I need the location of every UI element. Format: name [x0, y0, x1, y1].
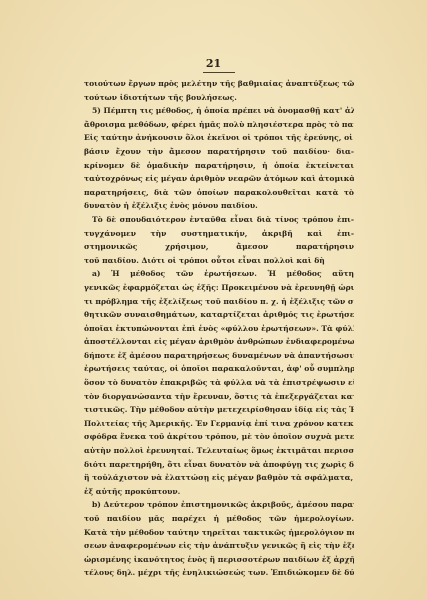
text-line: ἐξ αὐτῆς προκύπτουν.	[84, 485, 354, 499]
page-number-rule	[203, 72, 235, 73]
text-line: ταὐτοχρόνως εἰς μέγαν ἀριθμὸν νεαρῶν ἀτό…	[84, 172, 354, 186]
text-line: a) Ἡ μέθοδος τῶν ἐρωτήσεων. Ἡ μέθοδος αὕ…	[84, 267, 354, 281]
text-line: δήποτε ἐξ ἀμέσου παρατηρήσεως δυναμένων …	[84, 349, 354, 363]
text-line: δυνατὸν ἡ ἐξέλιξις ἑνὸς μόνου παιδίου.	[84, 199, 354, 213]
text-line: γενικῶς ἐφαρμόζεται ὡς ἑξῆς: Προκειμένου…	[84, 281, 354, 295]
text-line: ὡρισμένης ἱκανότητος ἑνὸς ἢ περισσοτέρων…	[84, 553, 354, 567]
text-line: Κατὰ τὴν μέθοδον ταύτην τηρεῖται τακτικῶ…	[84, 526, 354, 540]
text-line: τυγχάνομεν τὴν συστηματικήν, ἀκριβῆ καὶ …	[84, 227, 354, 241]
text-line: κρίνομεν δὲ ὁμαδικὴν παρατήρησιν, ἡ ὁποί…	[84, 159, 354, 173]
text-line: τέλους δηλ. μέχρι τῆς ἐνηλικιώσεώς των. …	[84, 566, 354, 580]
body-text: τοιούτων ἔργων πρὸς μελέτην τῆς βαθμιαία…	[84, 77, 354, 580]
text-line: τούτων ἰδιοτήτων τῆς βουλήσεως.	[84, 91, 354, 105]
text-line: Εἰς ταύτην ἀνήκουσιν ὅλοι ἐκεῖνοι οἱ τρό…	[84, 131, 354, 145]
text-line: ἄθροισμα μεθόδων, φέρει ἡμᾶς πολὺ πλησιέ…	[84, 118, 354, 132]
text-line: τοῦ παιδίου μᾶς παρέχει ἡ μέθοδος τῶν ἡμ…	[84, 512, 354, 526]
text-line: ὁποῖαι ἐκτυπώνονται ἐπὶ ἑνὸς «φύλλου ἐρω…	[84, 322, 354, 336]
text-line: ἢ τοὐλάχιστον νὰ ἐλαττώσῃ εἰς μέγαν βαθμ…	[84, 471, 354, 485]
page-number: 21	[0, 57, 427, 70]
text-line: τι πρόβλημα τῆς ἐξελίξεως τοῦ παιδίου π.…	[84, 295, 354, 309]
text-line: σφόδρα ἕνεκα τοῦ ἀκρίτου τρόπου, μὲ τὸν …	[84, 430, 354, 444]
text-line: στημονικῶς χρήσιμον, ἄμεσον παρατήρησιν	[84, 240, 354, 254]
text-line: παρατηρήσεις, διὰ τῶν ὁποίων παρακολουθε…	[84, 186, 354, 200]
text-line: τοῦ παιδίου. Διότι οἱ τρόποι οὗτοι εἶναι…	[84, 254, 354, 268]
text-line: θητικῶν συναισθημάτων, καταρτίζεται ἀριθ…	[84, 308, 354, 322]
text-line: διότι παρετηρήθη, ὅτι εἶναι δυνατὸν νὰ ἀ…	[84, 458, 354, 472]
text-line: Πολιτείας τῆς Ἀμερικῆς. Ἐν Γερμανίᾳ ἐπί …	[84, 417, 354, 431]
text-line: 5) Πέμπτη τις μέθοδος, ἡ ὁποία πρέπει νὰ…	[84, 104, 354, 118]
text-line: τιστικῶς. Τὴν μέθοδον αὐτὴν μετεχειρίσθη…	[84, 403, 354, 417]
text-line: ἐρωτήσεις ταύτας, οἱ ὁποῖοι παρακαλοῦντα…	[84, 362, 354, 376]
text-line: αὐτὴν πολλοὶ ἐρευνηταί. Τελευταίως ὅμως …	[84, 444, 354, 458]
text-line: Τὸ δὲ σπουδαιότερον ἐνταῦθα εἶναι διὰ τί…	[84, 213, 354, 227]
text-line: ἀποστέλλονται εἰς μέγαν ἀριθμὸν ἀνθρώπων…	[84, 335, 354, 349]
text-line: τοιούτων ἔργων πρὸς μελέτην τῆς βαθμιαία…	[84, 77, 354, 91]
text-line: σεων ἀναφερομένων εἰς τὴν ἀνάπτυξιν γενι…	[84, 539, 354, 553]
text-line: b) Δεύτερον τρόπον ἐπιστημονικῶς ἀκριβοῦ…	[84, 498, 354, 512]
scanned-page: 21 τοιούτων ἔργων πρὸς μελέτην τῆς βαθμι…	[0, 0, 427, 600]
text-line: τὸν διοργανώσαντα τὴν ἔρευναν, ὅστις τὰ …	[84, 390, 354, 404]
text-line: ὅσον τὸ δυνατὸν ἐπακριβῶς τὰ φύλλα νὰ τὰ…	[84, 376, 354, 390]
text-line: βάσιν ἔχουν τὴν ἄμεσον παρατήρησιν τοῦ π…	[84, 145, 354, 159]
